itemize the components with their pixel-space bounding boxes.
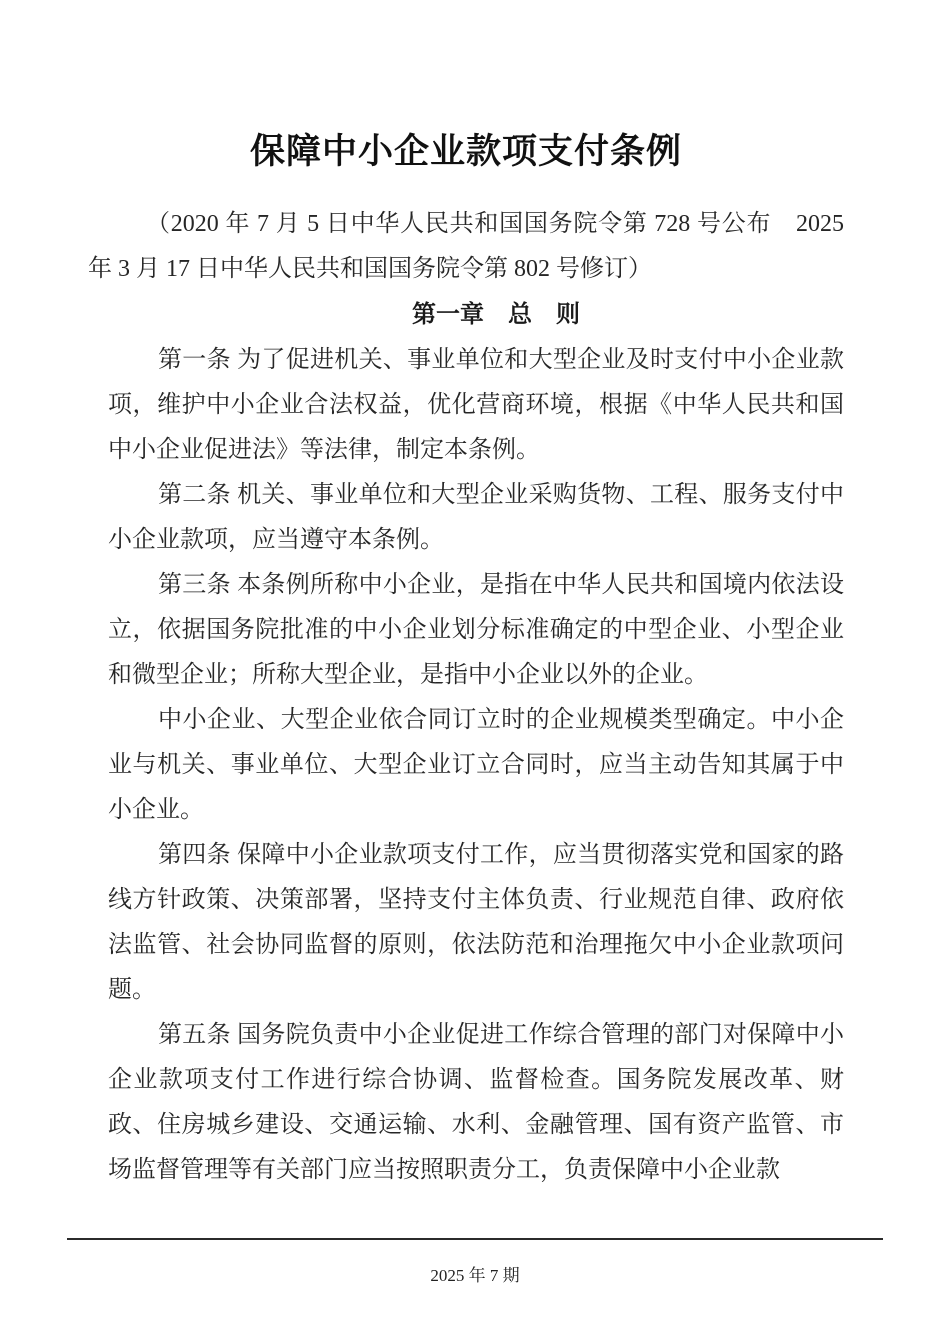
document-page: 保障中小企业款项支付条例 （2020 年 7 月 5 日中华人民共和国国务院令第…	[0, 0, 950, 1344]
footer-divider	[67, 1238, 883, 1240]
article-body: 第一条 为了促进机关、事业单位和大型企业及时支付中小企业款项，维护中小企业合法权…	[88, 338, 844, 1193]
article-paragraph: 第三条 本条例所称中小企业，是指在中华人民共和国境内依法设立，依据国务院批准的中…	[108, 563, 844, 698]
article-paragraph: 第二条 机关、事业单位和大型企业采购货物、工程、服务支付中小企业款项，应当遵守本…	[108, 473, 844, 563]
footer-issue-label: 2025 年 7 期	[0, 1264, 950, 1288]
article-paragraph: 第一条 为了促进机关、事业单位和大型企业及时支付中小企业款项，维护中小企业合法权…	[108, 338, 844, 473]
article-paragraph: 第五条 国务院负责中小企业促进工作综合管理的部门对保障中小企业款项支付工作进行综…	[108, 1013, 844, 1193]
chapter-heading: 第一章 总 则	[148, 292, 844, 338]
article-paragraph: 第四条 保障中小企业款项支付工作，应当贯彻落实党和国家的路线方针政策、决策部署，…	[108, 833, 844, 1013]
document-title: 保障中小企业款项支付条例	[88, 126, 844, 178]
document-content: 保障中小企业款项支付条例 （2020 年 7 月 5 日中华人民共和国国务院令第…	[88, 126, 844, 1193]
promulgation-note: （2020 年 7 月 5 日中华人民共和国国务院令第 728 号公布 2025…	[88, 202, 844, 292]
article-paragraph: 中小企业、大型企业依合同订立时的企业规模类型确定。中小企业与机关、事业单位、大型…	[108, 698, 844, 833]
